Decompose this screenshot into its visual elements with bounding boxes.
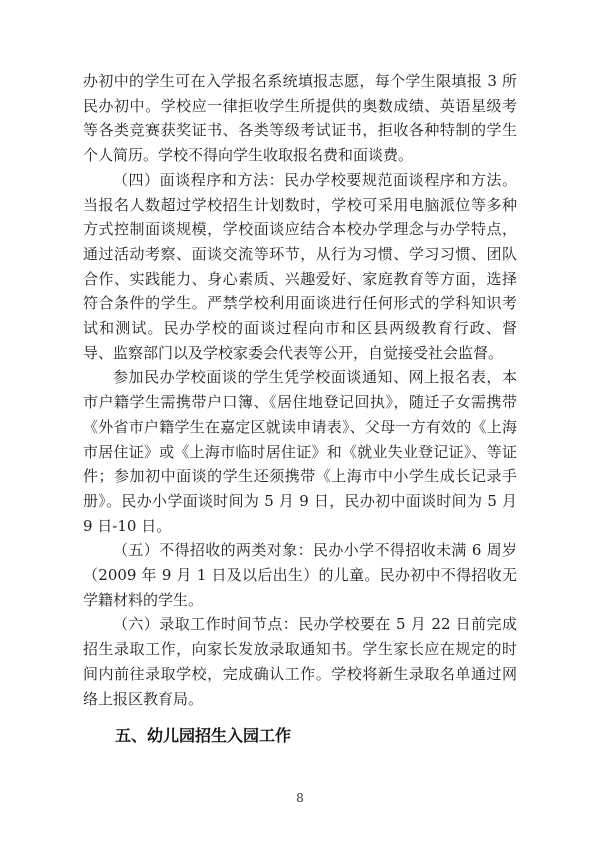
- paragraph-item-4-interview-procedure: （四）面谈程序和方法：民办学校要规范面谈程序和方法。当报名人数超过学校招生计划数…: [83, 168, 517, 366]
- document-page: 办初中的学生可在入学报名系统填报志愿，每个学生限填报 3 所民办初中。学校应一律…: [0, 0, 600, 848]
- document-body: 办初中的学生可在入学报名系统填报志愿，每个学生限填报 3 所民办初中。学校应一律…: [83, 69, 517, 749]
- paragraph-item-5-no-admission: （五）不得招收的两类对象：民办小学不得招收未满 6 周岁（2009 年 9 月 …: [83, 538, 517, 612]
- paragraph-item-6-admission-schedule: （六）录取工作时间节点：民办学校要在 5 月 22 日前完成招生录取工作，向家长…: [83, 612, 517, 711]
- page-number: 8: [0, 791, 600, 805]
- paragraph-interview-documents: 参加民办学校面谈的学生凭学校面谈通知、网上报名表，本市户籍学生需携带户口簿、《居…: [83, 365, 517, 538]
- paragraph-continuation: 办初中的学生可在入学报名系统填报志愿，每个学生限填报 3 所民办初中。学校应一律…: [83, 69, 517, 168]
- section-heading: 五、幼儿园招生入园工作: [83, 724, 517, 749]
